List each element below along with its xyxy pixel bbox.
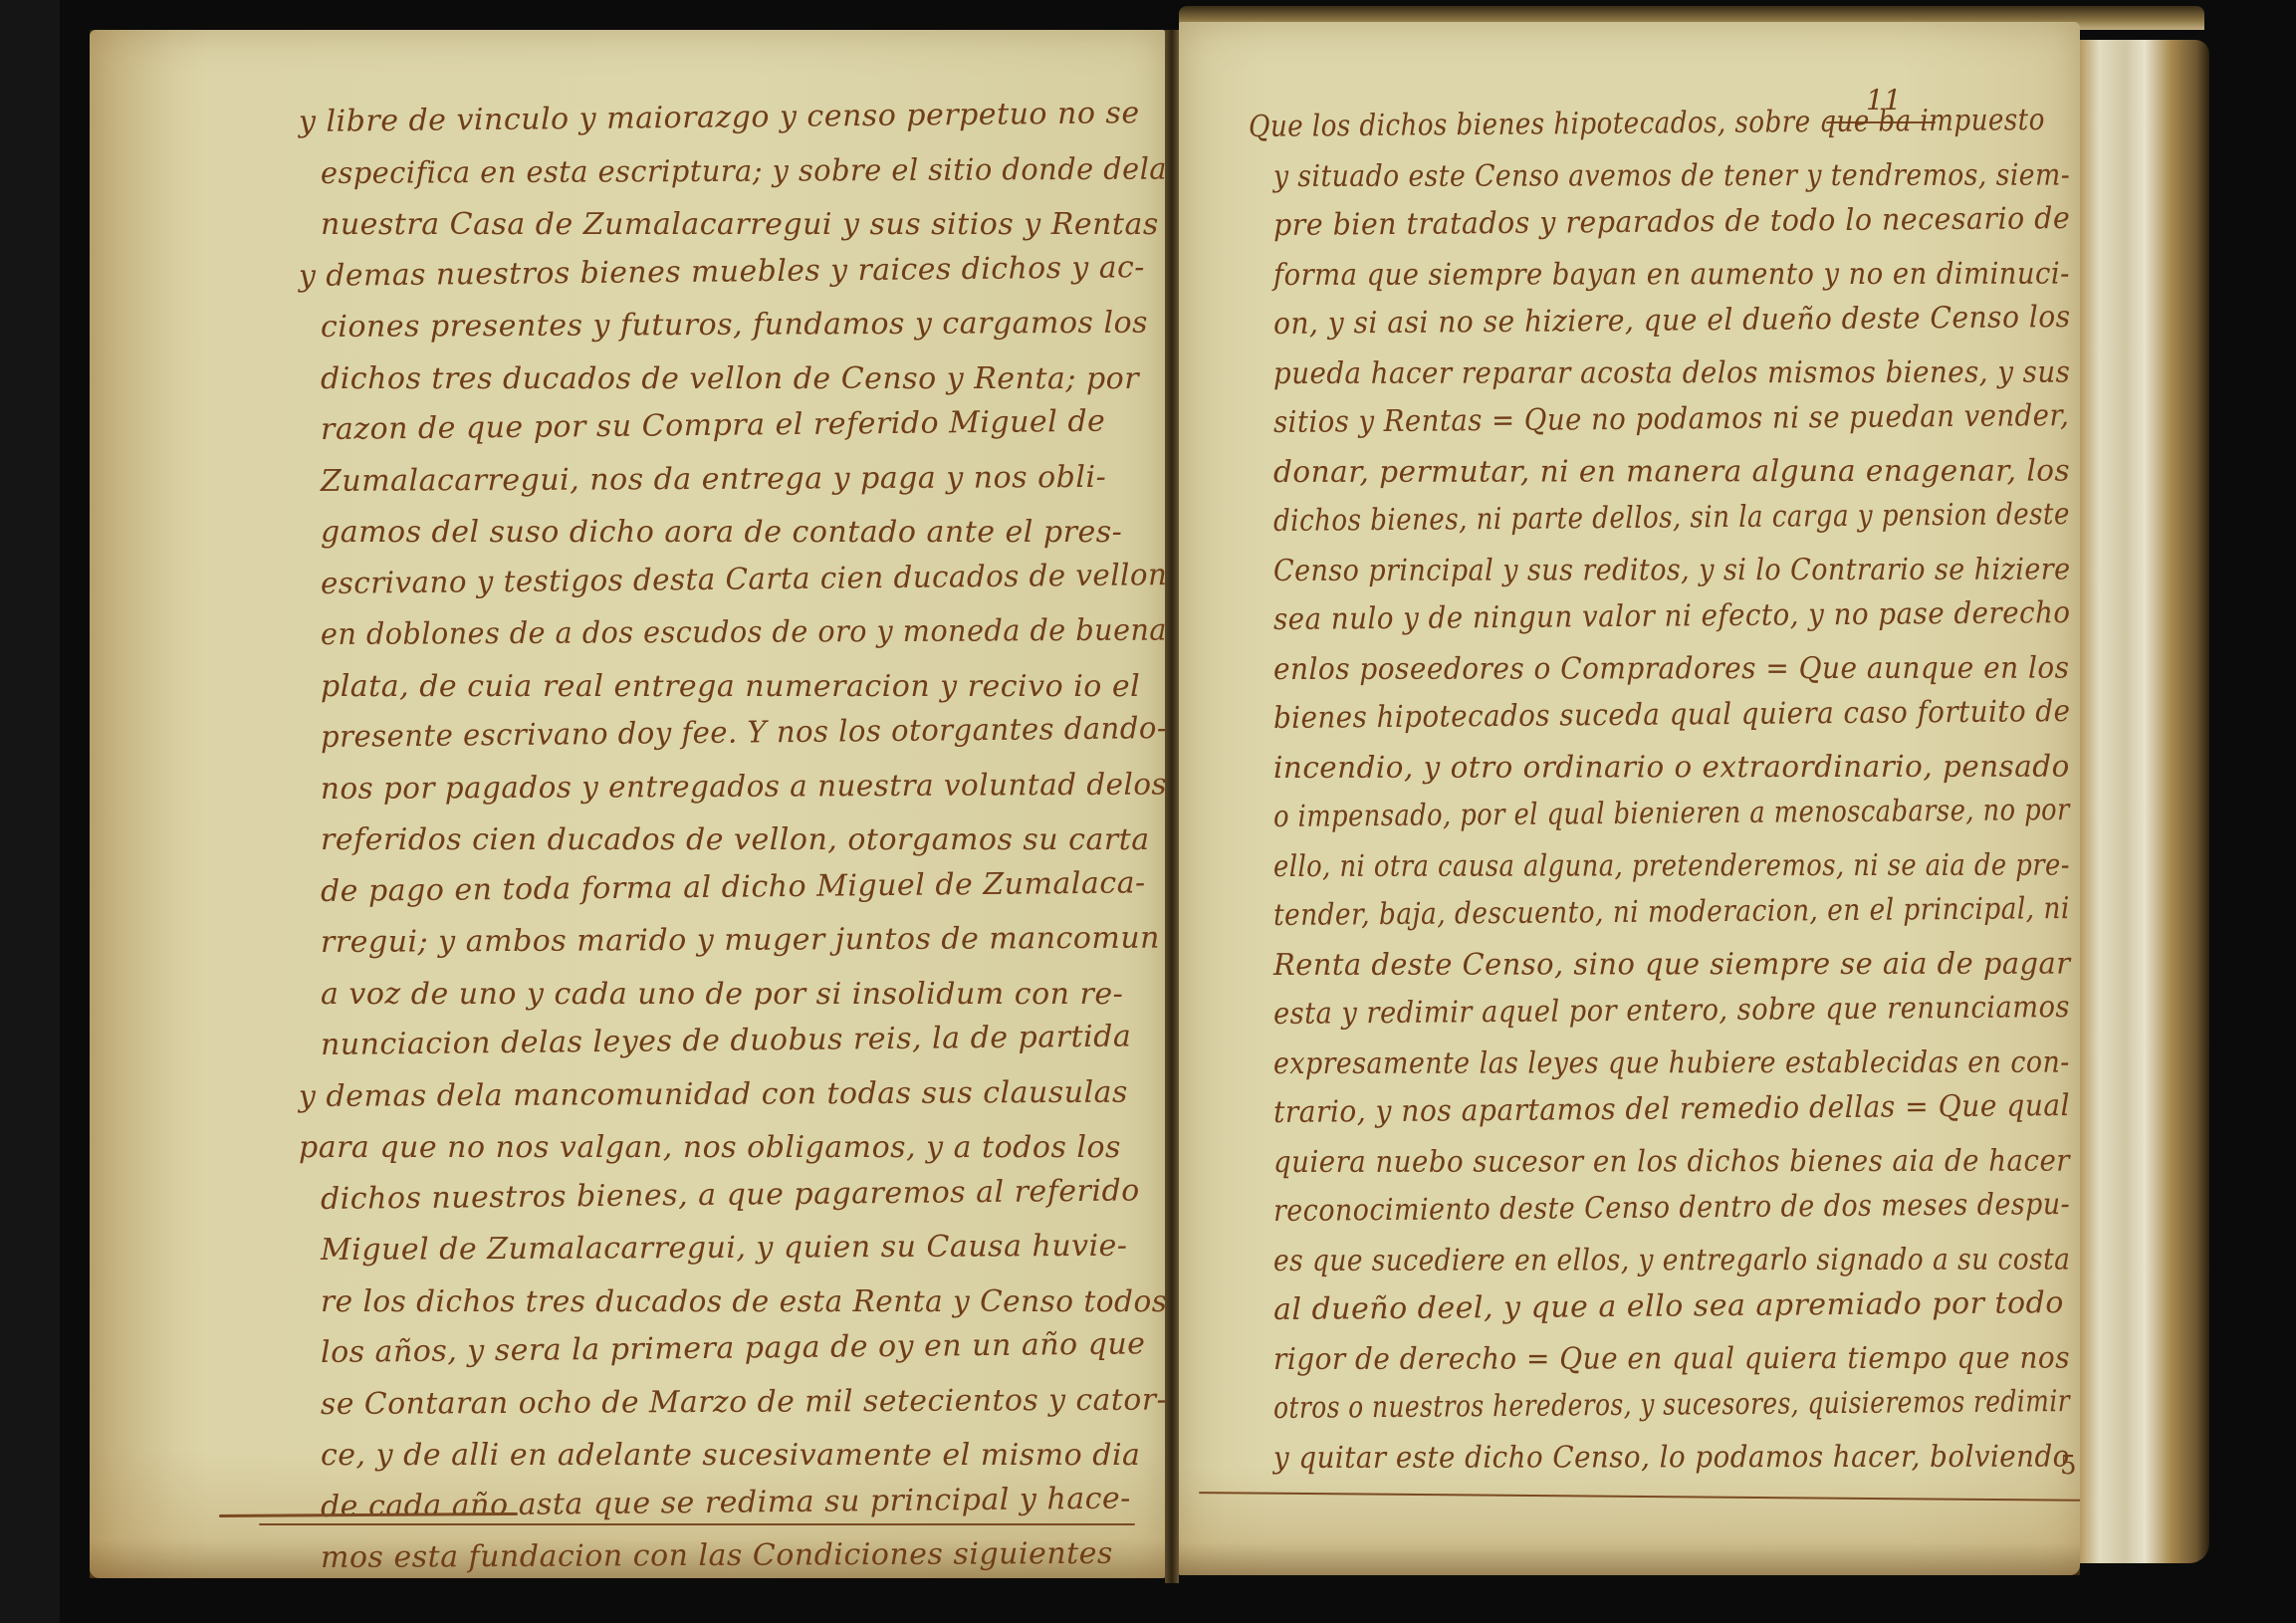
manuscript-line: ello, ni otra causa alguna, pretenderemo… xyxy=(1273,847,1960,883)
bottom-water-stain xyxy=(1179,1466,2080,1575)
manuscript-line: Que los dichos bienes hipotecados, sobre… xyxy=(1249,104,1944,144)
manuscript-line: mos esta fundacion con las Condiciones s… xyxy=(321,1536,1167,1575)
manuscript-line: forma que siempre bayan en aumento y no … xyxy=(1273,256,2001,292)
manuscript-line: on, y si asi no se hiziere, que el dueño… xyxy=(1273,300,2020,342)
manuscript-line: Zumalacarregui, nos da entrega y paga y … xyxy=(321,459,1167,498)
manuscript-line: ce, y de alli en adelante sucesivamente … xyxy=(321,1438,1167,1473)
left-page: y libre de vinculo y maiorazgo y censo p… xyxy=(90,30,1165,1578)
manuscript-line: quiera nuebo sucesor en los dichos biene… xyxy=(1273,1143,2008,1179)
right-page: 11 Que los dichos bienes hipotecados, so… xyxy=(1179,22,2080,1575)
manuscript-line: para que no nos valgan, nos obligamos, y… xyxy=(299,1130,1145,1165)
manuscript-line: esta y redimir aquel por entero, sobre q… xyxy=(1273,991,1999,1032)
scan-background xyxy=(0,0,60,1623)
manuscript-line: se Contaran ocho de Marzo de mil setecie… xyxy=(321,1382,1161,1421)
manuscript-line: bienes hipotecados suceda qual quiera ca… xyxy=(1273,695,2009,736)
manuscript-line: escrivano y testigos desta Carta cien du… xyxy=(321,558,1147,601)
manuscript-line: dichos bienes, ni parte dellos, sin la c… xyxy=(1273,498,1968,539)
manuscript-line: nunciacion delas leyes de duobus reis, l… xyxy=(321,1019,1167,1062)
manuscript-line: incendio, y otro ordinario o extraordina… xyxy=(1273,749,2054,785)
manuscript-line: sea nulo y de ningun valor ni efecto, y … xyxy=(1273,596,2009,637)
manuscript-line: dichos nuestros bienes, a que pagaremos … xyxy=(321,1173,1167,1217)
manuscript-line: trario, y nos apartamos del remedio dell… xyxy=(1273,1088,2021,1130)
manuscript-line: expresamente las leyes que hubiere estab… xyxy=(1273,1044,1987,1080)
manuscript-line: y quitar este dicho Censo, lo podamos ha… xyxy=(1273,1439,2009,1475)
closing-flourish-rule xyxy=(259,1523,1135,1525)
manuscript-line: al dueño deel, y que a ello sea apremiad… xyxy=(1273,1285,2070,1327)
manuscript-line: dichos tres ducados de vellon de Censo y… xyxy=(321,361,1167,396)
manuscript-line: y situado este Censo avemos de tener y t… xyxy=(1273,157,1980,193)
manuscript-line: reconocimiento deste Censo dentro de dos… xyxy=(1273,1188,1989,1229)
manuscript-line: de pago en toda forma al dicho Miguel de… xyxy=(321,865,1167,909)
book-spine-gutter xyxy=(1165,30,1179,1583)
manuscript-line: razon de que por su Compra el referido M… xyxy=(321,403,1167,447)
manuscript-line: rigor de derecho = Que en qual quiera ti… xyxy=(1273,1340,2015,1376)
manuscript-line: tender, baja, descuento, ni moderacion, … xyxy=(1273,892,1975,933)
manuscript-line: Miguel de Zumalacarregui, y quien su Cau… xyxy=(321,1229,1167,1268)
manuscript-line: otros o nuestros herederos, y sucesores,… xyxy=(1273,1385,1936,1426)
manuscript-line: es que sucediere en ellos, y entregarlo … xyxy=(1273,1242,1976,1277)
manuscript-line: re los dichos tres ducados de esta Renta… xyxy=(321,1284,1153,1319)
manuscript-line: nuestra Casa de Zumalacarregui y sus sit… xyxy=(321,207,1167,242)
manuscript-line: pueda hacer reparar acosta delos mismos … xyxy=(1273,354,2008,390)
manuscript-line: plata, de cuia real entrega numeracion y… xyxy=(321,669,1167,704)
manuscript-line: especifica en esta escriptura; y sobre e… xyxy=(321,151,1133,190)
manuscript-line: y demas nuestros bienes muebles y raices… xyxy=(299,250,1140,294)
manuscript-line: referidos cien ducados de vellon, otorga… xyxy=(321,822,1167,857)
manuscript-line: nos por pagados y entregados a nuestra v… xyxy=(321,767,1149,806)
manuscript-line: donar, permutar, ni en manera alguna ena… xyxy=(1273,453,2056,489)
manuscript-line: presente escrivano doy fee. Y nos los ot… xyxy=(321,711,1141,755)
manuscript-line: y libre de vinculo y maiorazgo y censo p… xyxy=(299,96,1145,139)
manuscript-line: ciones presentes y futuros, fundamos y c… xyxy=(321,306,1167,345)
manuscript-line: o impensado, por el qual bienieren a men… xyxy=(1273,794,1957,834)
manuscript-line: a voz de uno y cada uno de por si insoli… xyxy=(321,977,1167,1012)
open-manuscript-volume: y libre de vinculo y maiorazgo y censo p… xyxy=(60,0,2250,1623)
manuscript-line: en doblones de a dos escudos de oro y mo… xyxy=(321,613,1129,652)
manuscript-line: Renta deste Censo, sino que siempre se a… xyxy=(1273,946,2040,982)
page-number: 5 xyxy=(2060,1451,2077,1481)
manuscript-line: enlos poseedores o Compradores = Que aun… xyxy=(1273,650,2016,686)
manuscript-line: gamos del suso dicho aora de contado ant… xyxy=(321,515,1167,550)
manuscript-line: los años, y sera la primera paga de oy e… xyxy=(321,1326,1167,1370)
manuscript-line: Censo principal y sus reditos, y si lo C… xyxy=(1273,552,1989,587)
manuscript-line: rregui; y ambos marido y muger juntos de… xyxy=(321,921,1167,960)
manuscript-line: sitios y Rentas = Que no podamos ni se p… xyxy=(1273,399,2005,440)
left-margin-stain xyxy=(90,30,209,1578)
right-page-stack-edges xyxy=(2080,40,2209,1563)
manuscript-line: y demas dela mancomunidad con todas sus … xyxy=(299,1074,1145,1113)
manuscript-line: pre bien tratados y reparados de todo lo… xyxy=(1273,201,2029,243)
